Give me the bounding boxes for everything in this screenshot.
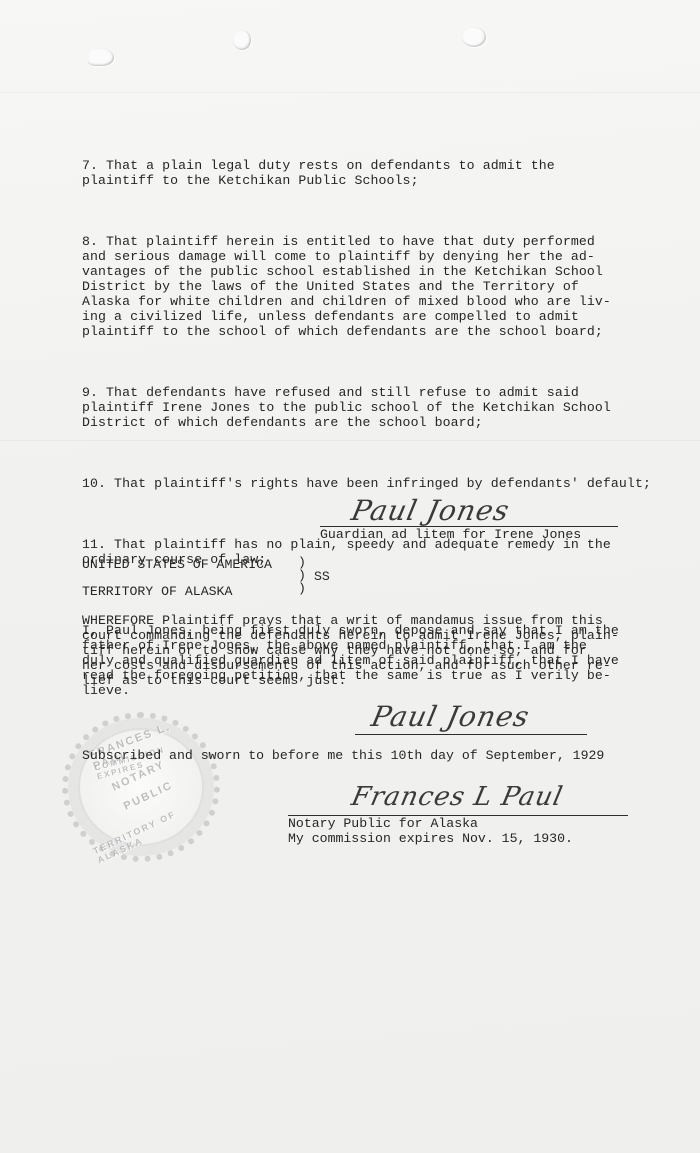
notary-seal: FRANCES L. PAUL COMMISSION EXPIRES NOTAR… bbox=[62, 712, 220, 862]
affidavit-text: I, Paul Jones, being first duly sworn, d… bbox=[82, 623, 682, 698]
paragraph-10: 10. That plaintiff's rights have been in… bbox=[82, 476, 682, 491]
paragraph-9: 9. That defendants have refused and stil… bbox=[82, 385, 682, 430]
paragraph-8: 8. That plaintiff herein is entitled to … bbox=[82, 234, 682, 339]
punch-hole bbox=[233, 30, 251, 50]
punch-hole bbox=[462, 27, 486, 47]
document-page: 7. That a plain legal duty rests on defe… bbox=[0, 0, 700, 1153]
punch-hole bbox=[88, 48, 114, 66]
guardian-signature: Paul Jones bbox=[348, 494, 512, 527]
signature-line bbox=[355, 734, 587, 735]
venue-ss: SS bbox=[314, 569, 330, 584]
commission-expiry: My commission expires Nov. 15, 1930. bbox=[288, 831, 573, 846]
affiant-signature: Paul Jones bbox=[368, 700, 532, 733]
paragraph-7: 7. That a plain legal duty rests on defe… bbox=[82, 158, 682, 188]
guardian-caption: Guardian ad litem for Irene Jones bbox=[320, 527, 581, 542]
notary-signature: Frances L Paul bbox=[349, 782, 566, 812]
notary-caption: Notary Public for Alaska bbox=[288, 816, 478, 831]
paper-fold bbox=[0, 92, 700, 93]
seal-bottom-text: TERRITORY OF ALASKA bbox=[92, 795, 213, 866]
venue-territory: TERRITORY OF ALASKA bbox=[82, 584, 232, 599]
venue-brace: ) ) ) bbox=[298, 556, 306, 595]
venue-country: UNITED STATES OF AMERICA bbox=[82, 557, 272, 572]
jurat-text: Subscribed and sworn to before me this 1… bbox=[82, 748, 604, 763]
